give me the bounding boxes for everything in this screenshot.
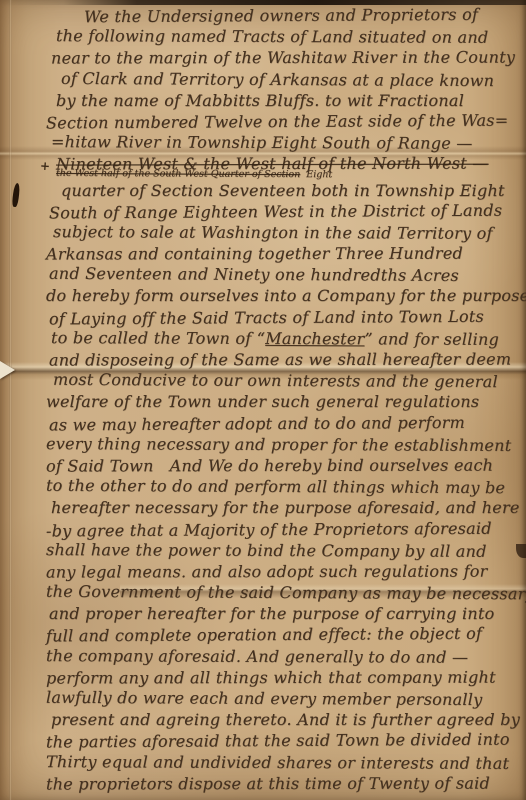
- text-segment: lawfully do ware each and every member p…: [46, 688, 483, 709]
- text-segment: We the Undersigned owners and Proprietor…: [84, 5, 478, 26]
- manuscript-line: the proprietors dispose at this time of …: [46, 772, 518, 794]
- struck-text-segment: the West half of the South West Quarter …: [56, 167, 300, 179]
- manuscript-line: hereafter necessary for the purpose afor…: [46, 497, 518, 518]
- text-segment: hereafter necessary for the purpose afor…: [51, 498, 520, 517]
- text-segment: Thirty equal and undivided shares or int…: [46, 752, 509, 773]
- manuscript-line: We the Undersigned owners and Proprietor…: [46, 4, 518, 28]
- text-segment: =hitaw River in Township Eight South of …: [51, 132, 473, 153]
- manuscript-line: as we may hereafter adopt and to do and …: [46, 411, 518, 435]
- text-segment: any legal means. and also adopt such reg…: [46, 561, 488, 581]
- text-segment: of Laying off the Said Tracts of Land in…: [49, 306, 484, 328]
- text-segment: perform any and all things which that co…: [46, 667, 496, 687]
- manuscript-line: welfare of the Town under such general r…: [46, 391, 518, 412]
- manuscript-line: full and complete operation and effect: …: [46, 623, 518, 647]
- text-segment: -by agree that a Majority of the Proprie…: [46, 518, 492, 540]
- text-segment: the following named Tracts of Land situa…: [56, 26, 488, 47]
- manuscript-line: the following named Tracts of Land situa…: [46, 25, 518, 48]
- text-segment: the proprietors dispose at this time of …: [46, 773, 490, 793]
- text-segment: of Clark and Territory of Arkansas at a …: [61, 68, 494, 89]
- manuscript-line: subject to sale at Washington in the sai…: [46, 221, 518, 244]
- manuscript-line: every thing necessary and proper for the…: [46, 433, 518, 456]
- text-segment: of Said Town And We do hereby bind ourse…: [46, 455, 493, 475]
- text-segment: near to the margin of the Washitaw River…: [51, 48, 515, 68]
- manuscript-line: the parties aforesaid that the said Town…: [46, 729, 518, 753]
- text-segment: subject to sale at Washington in the sai…: [53, 222, 493, 243]
- manuscript-line: the Government of the said Company as ma…: [46, 581, 518, 605]
- manuscript-line: and Seventeen and Ninety one hundredths …: [46, 263, 518, 287]
- text-segment: and Seventeen and Ninety one hundredths …: [49, 264, 459, 285]
- text-segment: as we may hereafter adopt and to do and …: [49, 412, 465, 434]
- text-segment: South of Range Eighteen West in the Dist…: [49, 200, 502, 222]
- text-segment: full and complete operation and effect: …: [46, 624, 482, 646]
- manuscript-line: to the other to do and perform all thing…: [46, 475, 518, 499]
- manuscript-line: do hereby form ourselves into a Company …: [46, 285, 518, 306]
- text-segment: present and agreing thereto. And it is f…: [51, 710, 520, 729]
- manuscript-line: of Laying off the Said Tracts of Land in…: [46, 305, 518, 329]
- manuscript-line: perform any and all things which that co…: [46, 666, 518, 688]
- manuscript-line: lawfully do ware each and every member p…: [46, 687, 518, 711]
- manuscript-text: We the Undersigned owners and Proprietor…: [0, 0, 526, 800]
- manuscript-line: to be called the Town of “Manchester” an…: [46, 327, 518, 350]
- text-segment: to the other to do and perform all thing…: [46, 476, 505, 497]
- text-segment: quarter of Section Seventeen both in Tow…: [61, 181, 505, 200]
- manuscript-line: the West half of the South West Quarter …: [46, 168, 518, 180]
- text-segment: the Government of the said Company as ma…: [46, 582, 526, 604]
- text-segment: do hereby form ourselves into a Company …: [46, 286, 526, 305]
- manuscript-line: of Said Town And We do hereby bind ourse…: [46, 454, 518, 476]
- manuscript-line: by the name of Mabbitts Bluffs. to wit F…: [46, 90, 518, 111]
- manuscript-line: the company aforesaid. And generally to …: [46, 645, 518, 668]
- manuscript-line: of Clark and Territory of Arkansas at a …: [46, 67, 518, 91]
- manuscript-line: South of Range Eighteen West in the Dist…: [46, 199, 518, 223]
- manuscript-line: =hitaw River in Township Eight South of …: [46, 131, 518, 154]
- text-segment: Arkansas and containing together Three H…: [46, 244, 463, 264]
- text-segment: the company aforesaid. And generally to …: [46, 646, 468, 667]
- underlined-town-name: Manchester: [265, 329, 364, 348]
- manuscript-line: present and agreing thereto. And it is f…: [46, 709, 518, 730]
- manuscript-line: most Conducive to our own interests and …: [46, 369, 518, 393]
- manuscript-page: + We the Undersigned owners and Propriet…: [0, 0, 526, 800]
- manuscript-line: Section numbered Twelve on the East side…: [46, 109, 518, 133]
- text-segment: and disposeing of the Same as we shall h…: [49, 350, 511, 370]
- text-segment: shall have the power to bind the Company…: [46, 540, 487, 561]
- manuscript-line: Thirty equal and undivided shares or int…: [46, 751, 518, 774]
- manuscript-photo: { "document": { "colors": { "paper": "#c…: [0, 0, 526, 800]
- manuscript-line: Arkansas and containing together Three H…: [46, 243, 518, 265]
- text-segment: by the name of Mabbitts Bluffs. to wit F…: [56, 91, 464, 110]
- text-segment: every thing necessary and proper for the…: [46, 434, 511, 455]
- text-segment: most Conducive to our own interests and …: [53, 370, 498, 391]
- text-segment: ” and for selling: [364, 329, 499, 349]
- manuscript-line: shall have the power to bind the Company…: [46, 539, 518, 562]
- text-segment: to be called the Town of “: [51, 328, 265, 348]
- manuscript-line: and proper hereafter for the purpose of …: [46, 603, 518, 624]
- manuscript-line: -by agree that a Majority of the Proprie…: [46, 517, 518, 541]
- manuscript-line: any legal means. and also adopt such reg…: [46, 560, 518, 582]
- text-segment: Eight: [300, 169, 332, 180]
- text-segment: Section numbered Twelve on the East side…: [46, 111, 509, 133]
- text-segment: the parties aforesaid that the said Town…: [46, 730, 510, 752]
- text-segment: welfare of the Town under such general r…: [46, 392, 479, 411]
- text-segment: and proper hereafter for the purpose of …: [49, 604, 495, 623]
- manuscript-line: quarter of Section Seventeen both in Tow…: [46, 180, 518, 201]
- manuscript-line: and disposeing of the Same as we shall h…: [46, 349, 518, 371]
- manuscript-line: near to the margin of the Washitaw River…: [46, 47, 518, 69]
